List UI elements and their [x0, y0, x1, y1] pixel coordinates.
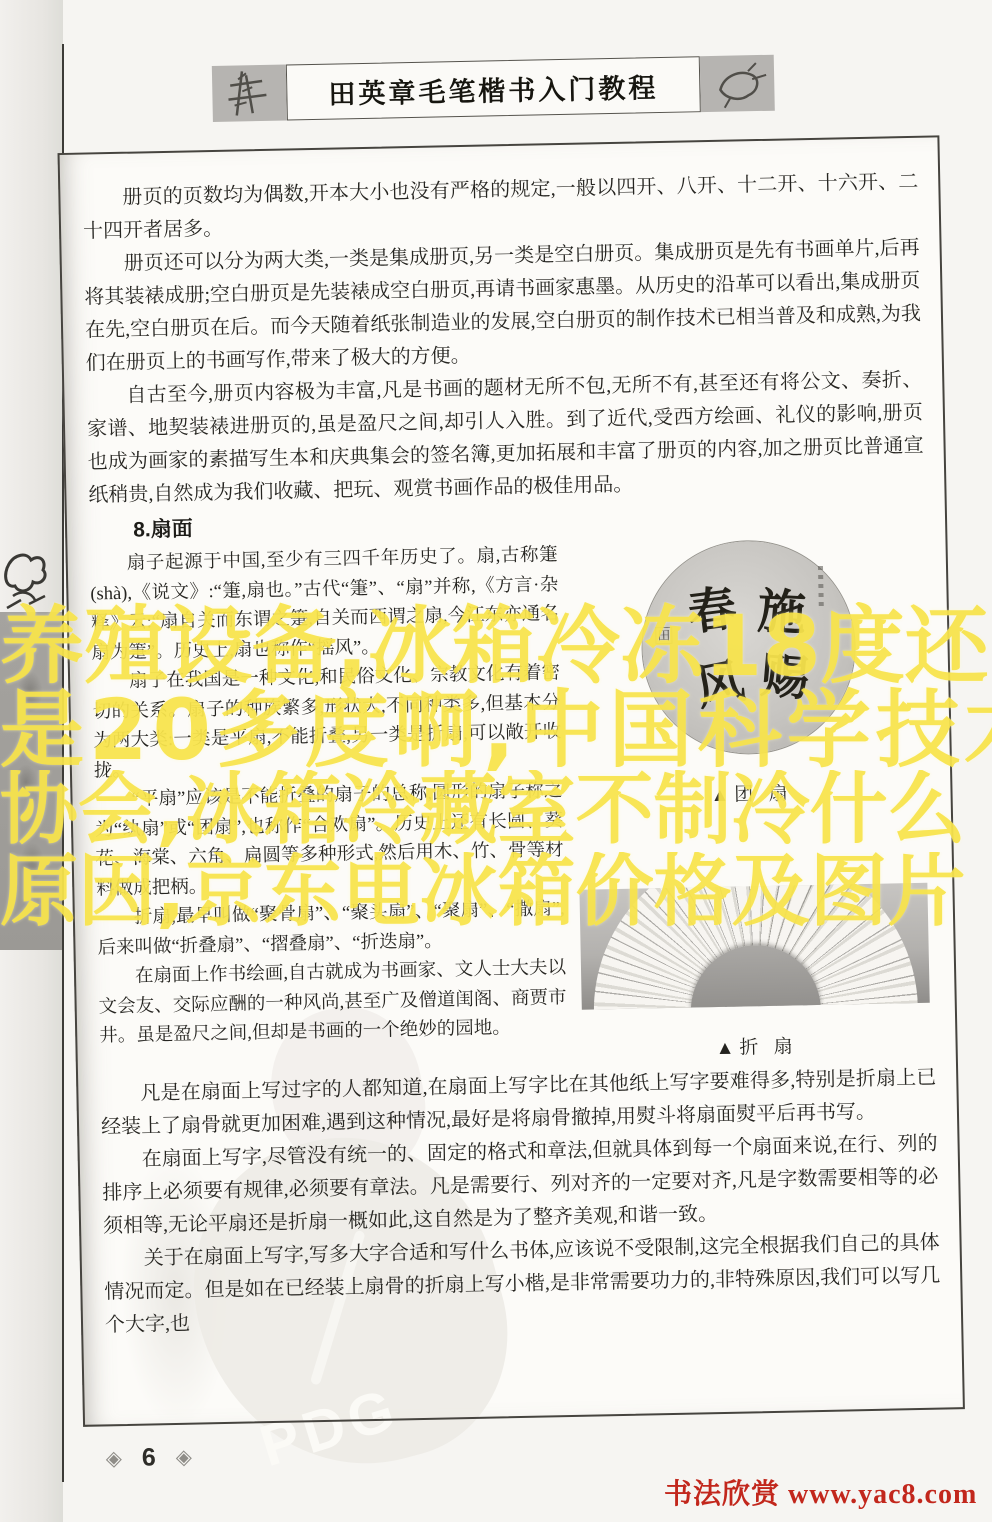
paragraph: 关于在扇面上写字,写多大字合适和写什么书体,应该说不受限制,这完全根据我们自己的… [103, 1227, 941, 1343]
page-number: 6 [142, 1443, 156, 1472]
bamboo-ornament-icon [212, 64, 287, 121]
diamond-ornament-icon: ◈ [105, 1446, 122, 1471]
header-band: 田英章毛笔楷书入门教程 [212, 55, 775, 122]
paragraph: 册页还可以分为两大类,一类是集成册页,另一类是空白册页。集成册页是先有书画单片,… [83, 232, 921, 381]
folding-fan-caption: ▲折 扇 [577, 1029, 935, 1063]
watermark-line: 养殖设备,冰箱冷冻18度还 [0, 602, 992, 690]
watermark-line: 协会,冰箱冷藏室不制冷什么 [0, 770, 992, 852]
diamond-ornament-icon: ◈ [176, 1445, 193, 1470]
site-credit: 书法欣赏 www.yac8.com [664, 1472, 977, 1512]
paragraph: 自古至今,册页内容极为丰富,凡是书画的题材无所不包,无所不有,甚至还有将公文、奏… [86, 364, 924, 513]
scanned-book-page: 田英章毛笔楷书入门教程 PDG 册页的页数均为偶数,开本大小也没有严格的规定,一… [0, 0, 992, 1522]
book-title: 田英章毛笔楷书入门教程 [328, 66, 659, 112]
page-number-row: ◈ 6 ◈ [105, 1443, 192, 1474]
watermark-line: 是20多度啊,中国科学技术 [0, 686, 992, 774]
paragraph: 在扇面上写字,尽管没有统一的、固定的格式和章法,但就具体到每一个扇面来说,在行、… [101, 1128, 939, 1244]
bird-ornament-icon [700, 55, 775, 112]
header-title-box: 田英章毛笔楷书入门教程 [286, 56, 701, 120]
watermark-line: 原因,京东电冰箱价格及图片 [0, 852, 992, 934]
